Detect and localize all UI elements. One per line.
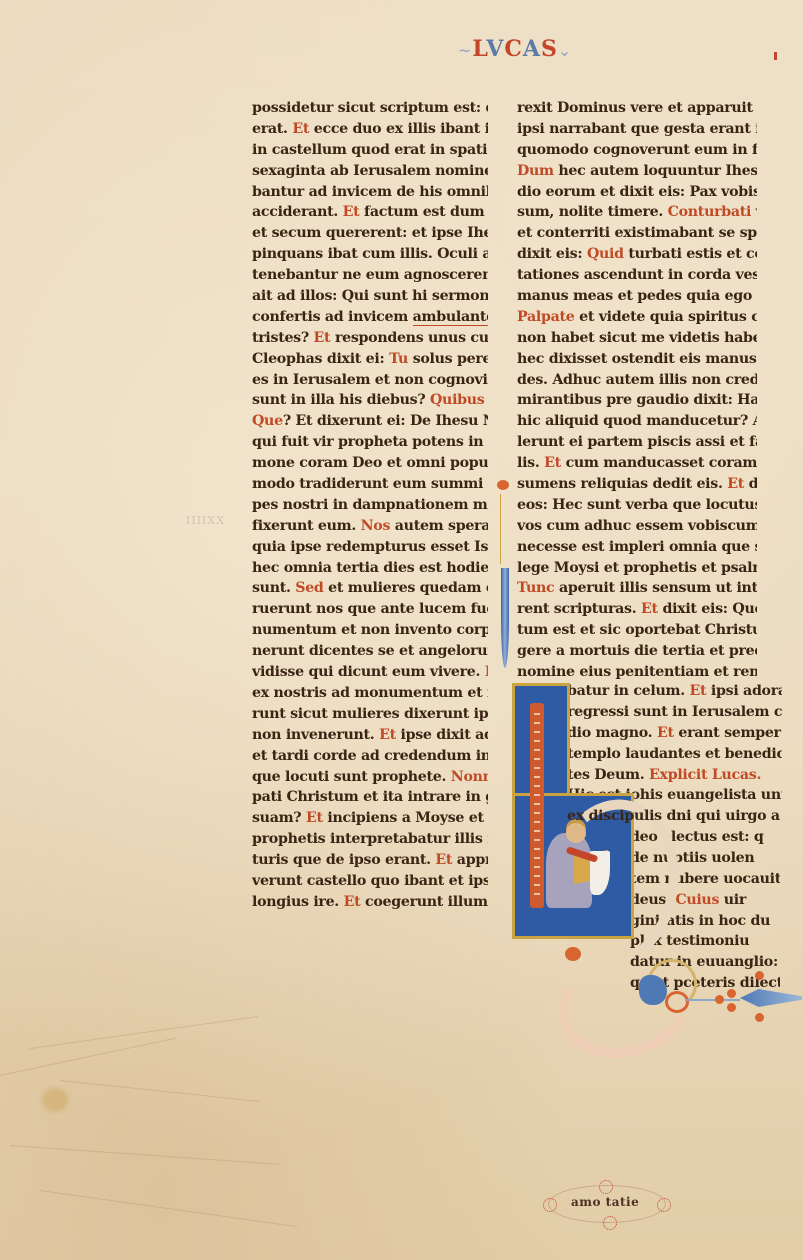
text-line: qui fuit vir propheta potens in opere et… bbox=[252, 432, 488, 453]
initial-tail-flourish bbox=[555, 945, 803, 1035]
text-line: sunt in illa his diebus? Quibus ille dix… bbox=[252, 390, 488, 411]
flourish-ring bbox=[665, 991, 689, 1013]
catchword-ornament bbox=[543, 1198, 557, 1212]
rubricated-word: Dum bbox=[517, 163, 554, 179]
text-line: dio eorum et dixit eis: Pax vobis. Ego bbox=[517, 182, 757, 203]
text-line: mirantibus pre gaudio dixit: Habetis bbox=[517, 390, 757, 411]
text-line: que locuti sunt prophete. Nonne hec opor… bbox=[252, 767, 488, 788]
margin-red-mark bbox=[774, 52, 777, 60]
text-line: quomodo cognoverunt eum in fractione pan… bbox=[517, 140, 757, 161]
flourish-knob bbox=[565, 947, 581, 961]
text-line: suam? Et incipiens a Moyse et omnibus bbox=[252, 808, 488, 829]
text-line: hec dixisset ostendit eis manus et pe bbox=[517, 349, 757, 370]
text-column-left: possidetur sicut scriptum est: quod scri… bbox=[252, 98, 488, 913]
text-line: pati Christum et ita intrare in gloriam bbox=[252, 787, 488, 808]
text-line: ipsi narrabant que gesta erant in via et bbox=[517, 119, 757, 140]
text-line: in castellum quod erat in spatio stadior… bbox=[252, 140, 488, 161]
text-line: longius ire. Et coegerunt illum dicentes… bbox=[252, 892, 488, 913]
pen-flourish-decoration bbox=[497, 480, 511, 680]
rubricated-word: Et bbox=[435, 852, 452, 868]
text-line: es in Ierusalem et non cognovisti que fa… bbox=[252, 370, 488, 391]
rubricated-word: Et bbox=[314, 330, 331, 346]
text-line: prophetis interpretabatur illis in omnib… bbox=[252, 829, 488, 850]
text-line: non habet sicut me videtis habere. Et cu… bbox=[517, 328, 757, 349]
text-line: sumens reliquias dedit eis. Et dixit ad bbox=[517, 474, 757, 495]
text-line: ex nostris ad monumentum et ita invene bbox=[252, 683, 488, 704]
text-line: hic aliquid quod manducetur? At illi obt… bbox=[517, 411, 757, 432]
text-line: fixerunt eum. Nos autem sperabamus bbox=[252, 516, 488, 537]
text-line: ex discipulis dni qui uirgo a bbox=[567, 806, 782, 827]
underlined-phrase: ambulantes et estis bbox=[413, 309, 488, 326]
parchment-vein bbox=[0, 1038, 176, 1076]
text-line: manus meas et pedes quia ego ipse sum. bbox=[517, 286, 757, 307]
text-line: confertis ad invicem ambulantes et estis bbox=[252, 307, 488, 328]
text-line: modo tradiderunt eum summi sacerdotes et… bbox=[252, 474, 488, 495]
catchword-ornament bbox=[603, 1216, 617, 1230]
rubricated-word: Nonne bbox=[451, 769, 488, 785]
rubricated-word: Cuius bbox=[675, 892, 719, 908]
text-line: Palpate et videte quia spiritus carnem e… bbox=[517, 307, 757, 328]
rubricated-word: Et bbox=[544, 455, 561, 471]
text-line: sexaginta ab Ierusalem nomine Emmaus. Et… bbox=[252, 161, 488, 182]
text-line: non invenerunt. Et ipse dixit ad eos: O … bbox=[252, 725, 488, 746]
text-line: runt sicut mulieres dixerunt ipsum vero bbox=[252, 704, 488, 725]
text-line: tationes ascendunt in corda vestra? Vide… bbox=[517, 265, 757, 286]
text-line: lerunt ei partem piscis assi et favum me… bbox=[517, 432, 757, 453]
initial-letter-stem bbox=[530, 703, 544, 908]
rubricated-word: Et bbox=[379, 727, 396, 743]
text-line: pinquans ibat cum illis. Oculi autem ill… bbox=[252, 244, 488, 265]
parchment-vein bbox=[40, 1190, 298, 1227]
text-line: ait ad illos: Qui sunt hi sermones quos bbox=[252, 286, 488, 307]
text-line: ruerunt nos que ante lucem fuerunt ad mo bbox=[252, 599, 488, 620]
text-line: Dum hec autem loquuntur Ihesus stetit in… bbox=[517, 161, 757, 182]
running-header: ~LVCAS⌄ bbox=[458, 36, 572, 62]
rubricated-word: Tunc bbox=[517, 580, 554, 596]
flourish-knob bbox=[755, 1013, 764, 1022]
text-line: sunt. Sed et mulieres quedam ex nostris … bbox=[252, 578, 488, 599]
rubricated-word: Conturbati bbox=[668, 204, 751, 220]
text-line: tristes? Et respondens unus cui nomen bbox=[252, 328, 488, 349]
text-line: mone coram Deo et omni populo: et quo bbox=[252, 453, 488, 474]
flourish-blue-leaf bbox=[501, 568, 509, 668]
text-line: hec omnia tertia dies est hodie quod hec… bbox=[252, 558, 488, 579]
text-line: Cleophas dixit ei: Tu solus peregrinus bbox=[252, 349, 488, 370]
text-line: rent scripturas. Et dixit eis: Quoniam s… bbox=[517, 599, 757, 620]
text-line: eos: Hec sunt verba que locutus sum ad bbox=[517, 495, 757, 516]
header-letter: S bbox=[541, 36, 558, 62]
text-line: pes nostri in dampnationem mortis et cru… bbox=[252, 495, 488, 516]
text-line: dixit eis: Quid turbati estis et cogi bbox=[517, 244, 757, 265]
header-flourish: ⌄ bbox=[558, 41, 572, 60]
rubricated-word: Que bbox=[252, 413, 283, 429]
header-flourish: ~ bbox=[458, 41, 472, 60]
text-line: quia ipse redempturus esset Israel. Et n… bbox=[252, 537, 488, 558]
rubricated-word: Tu bbox=[389, 351, 408, 367]
text-line: acciderant. Et factum est dum fabularent… bbox=[252, 202, 488, 223]
text-line: necesse est impleri omnia que scripta su… bbox=[517, 537, 757, 558]
flourish-knob bbox=[715, 995, 724, 1004]
text-line: lis. Et cum manducasset coram eis bbox=[517, 453, 757, 474]
catchword-ornament bbox=[657, 1198, 671, 1212]
text-line: et secum quererent: et ipse Ihesus appro bbox=[252, 223, 488, 244]
text-line: Tunc aperuit illis sensum ut intellige bbox=[517, 578, 757, 599]
catchword: amo tatie bbox=[548, 1185, 666, 1223]
header-letter: L bbox=[472, 36, 486, 62]
parchment-vein bbox=[60, 1080, 259, 1102]
prologue-text-line2: ex discipulis dni qui uirgo a bbox=[567, 806, 782, 827]
catchword-text: amo tatie bbox=[571, 1195, 639, 1209]
catchword-ornament bbox=[599, 1180, 613, 1194]
text-line: bantur ad invicem de his omnibus que bbox=[252, 182, 488, 203]
flourish-knob bbox=[755, 971, 764, 980]
text-line: possidetur sicut scriptum est: quod scri… bbox=[252, 98, 488, 119]
text-line: erat. Et ecce duo ex illis ibant ipsa di… bbox=[252, 119, 488, 140]
manuscript-page: ~LVCAS⌄ IIIIXX possidetur sicut scriptum… bbox=[0, 0, 803, 1260]
text-line: et conterriti existimabant se spiritum v… bbox=[517, 223, 757, 244]
text-line: et tardi corde ad credendum in omnibus bbox=[252, 746, 488, 767]
explicit-rubric: Explicit Lucas. bbox=[649, 767, 761, 783]
text-line: des. Adhuc autem illis non credentibus e… bbox=[517, 370, 757, 391]
rubricated-word: Et bbox=[641, 601, 658, 617]
rubricated-word: Et bbox=[657, 725, 674, 741]
text-line: nerunt dicentes se et angelorum visionem bbox=[252, 641, 488, 662]
text-line: nomine eius penitentiam et remissionem p… bbox=[517, 662, 757, 683]
rubricated-word: Et bbox=[344, 894, 361, 910]
rubricated-word: Sed bbox=[295, 580, 323, 596]
text-line: turis que de ipso erant. Et appropinqua bbox=[252, 850, 488, 871]
header-letter: A bbox=[523, 36, 541, 62]
rubricated-word: Et bbox=[690, 683, 707, 699]
text-line: vos cum adhuc essem vobiscum quoniam bbox=[517, 516, 757, 537]
header-letter: V bbox=[486, 36, 504, 62]
flourish-blue-leaf bbox=[639, 975, 667, 1005]
text-line: tenebantur ne eum agnoscerent. Et bbox=[252, 265, 488, 286]
flourish-spear bbox=[740, 989, 802, 1007]
rubricated-word: Et bbox=[292, 121, 309, 137]
text-line: verunt castello quo ibant et ipse se fin… bbox=[252, 871, 488, 892]
flourish-rod bbox=[685, 999, 740, 1001]
rubricated-word: Quibus bbox=[430, 392, 485, 408]
text-line: lege Moysi et prophetis et psalmis de me… bbox=[517, 558, 757, 579]
rubricated-word: Et bbox=[306, 810, 323, 826]
rubricated-word: Et bbox=[727, 476, 744, 492]
text-line: tum est et sic oportebat Christum pati e… bbox=[517, 620, 757, 641]
flourish-knob bbox=[497, 480, 509, 490]
rubricated-word: Et bbox=[485, 664, 488, 680]
text-line: gere a mortuis die tertia et predicari i… bbox=[517, 641, 757, 662]
text-line: vidisse qui dicunt eum vivere. Et abieru… bbox=[252, 662, 488, 683]
parchment-vein bbox=[10, 1145, 279, 1165]
parchment-stain bbox=[42, 1088, 68, 1112]
marginal-number: IIIIXX bbox=[186, 514, 225, 527]
text-line: rexit Dominus vere et apparuit Simoni. E… bbox=[517, 98, 757, 119]
flourish-knob bbox=[727, 1003, 736, 1012]
text-line: numentum et non invento corpore eius ve bbox=[252, 620, 488, 641]
flourish-vine bbox=[500, 494, 501, 564]
text-line: Que? Et dixerunt ei: De Ihesu Nazareno bbox=[252, 411, 488, 432]
rubricated-word: Quid bbox=[587, 246, 624, 262]
text-line: sum, nolite timere. Conturbati vero bbox=[517, 202, 757, 223]
rubricated-word: Nos bbox=[361, 518, 391, 534]
rubricated-word: Palpate bbox=[517, 309, 574, 325]
flourish-knob bbox=[727, 989, 736, 998]
text-column-right: rexit Dominus vere et apparuit Simoni. E… bbox=[517, 98, 757, 683]
rubricated-word: Et bbox=[343, 204, 360, 220]
header-letter: C bbox=[504, 36, 523, 62]
